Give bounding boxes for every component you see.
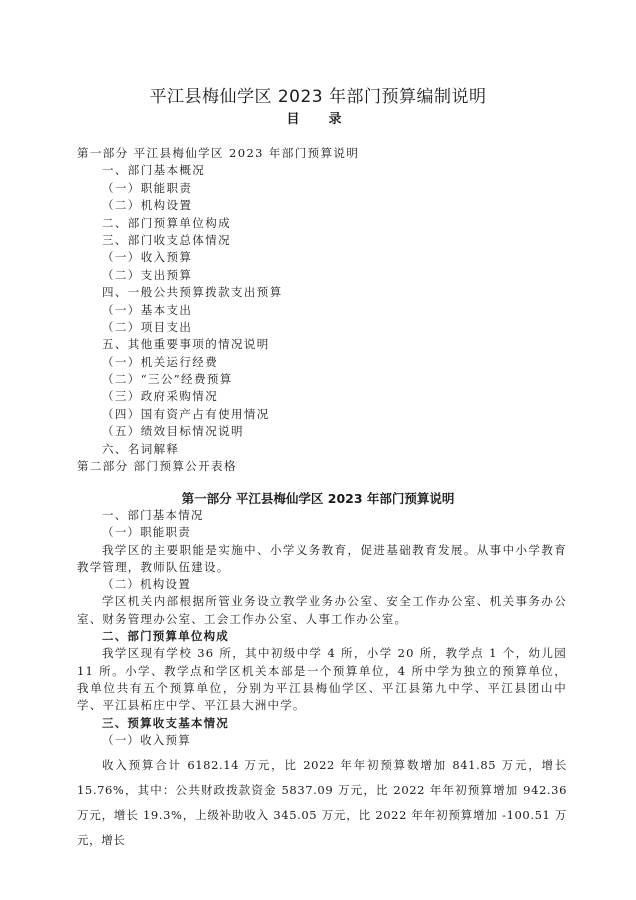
subsection-heading: （一）收入预算 [77,732,567,749]
paragraph: 收入预算合计 6182.14 万元，比 2022 年年初预算数增加 841.85… [77,753,567,853]
toc-item: （五）绩效目标情况说明 [77,423,577,440]
subsection-heading: （二）机构设置 [77,576,567,593]
toc-item: （一）机关运行经费 [77,354,577,371]
toc-item: 一、部门基本概况 [77,162,577,179]
part1-title: 第一部分 平江县梅仙学区 2023 年部门预算说明 [0,489,636,507]
toc-item: （一）基本支出 [77,302,577,319]
part1-body: 一、部门基本情况 （一）职能职责 我学区的主要职能是实施中、小学义务教育，促进基… [77,507,567,853]
subsection-heading: （一）职能职责 [77,524,567,541]
toc-item: （三）政府采购情况 [77,388,577,405]
toc-item: （二）支出预算 [77,267,577,284]
toc-item: （二）“三公”经费预算 [77,371,577,388]
section-heading: 一、部门基本情况 [77,507,567,524]
paragraph: 我学区的主要职能是实施中、小学义务教育，促进基础教育发展。从事中小学教育教学管理… [77,542,567,577]
table-of-contents: 第一部分 平江县梅仙学区 2023 年部门预算说明一、部门基本概况（一）职能职责… [77,145,577,475]
toc-heading: 目 录 [0,108,636,127]
section-heading: 二、部门预算单位构成 [77,628,567,645]
toc-item: 第二部分 部门预算公开表格 [77,458,577,475]
toc-item: 第一部分 平江县梅仙学区 2023 年部门预算说明 [77,145,577,162]
toc-item: 六、名词解释 [77,441,577,458]
toc-item: 四、一般公共预算拨款支出预算 [77,284,577,301]
toc-item: 二、部门预算单位构成 [77,215,577,232]
toc-item: 三、部门收支总体情况 [77,232,577,249]
toc-item: （二）项目支出 [77,319,577,336]
toc-item: （四）国有资产占有使用情况 [77,406,577,423]
document-page: 平江县梅仙学区 2023 年部门预算编制说明 目 录 第一部分 平江县梅仙学区 … [0,0,636,900]
document-title: 平江县梅仙学区 2023 年部门预算编制说明 [0,82,636,107]
toc-item: 五、其他重要事项的情况说明 [77,336,577,353]
toc-item: （一）收入预算 [77,249,577,266]
paragraph: 我学区现有学校 36 所，其中初级中学 4 所，小学 20 所，教学点 1 个，… [77,645,567,714]
toc-item: （二）机构设置 [77,197,577,214]
section-heading: 三、预算收支基本情况 [77,715,567,732]
toc-item: （一）职能职责 [77,180,577,197]
paragraph: 学区机关内部根据所管业务设立教学业务办公室、安全工作办公室、机关事务办公室、财务… [77,593,567,628]
